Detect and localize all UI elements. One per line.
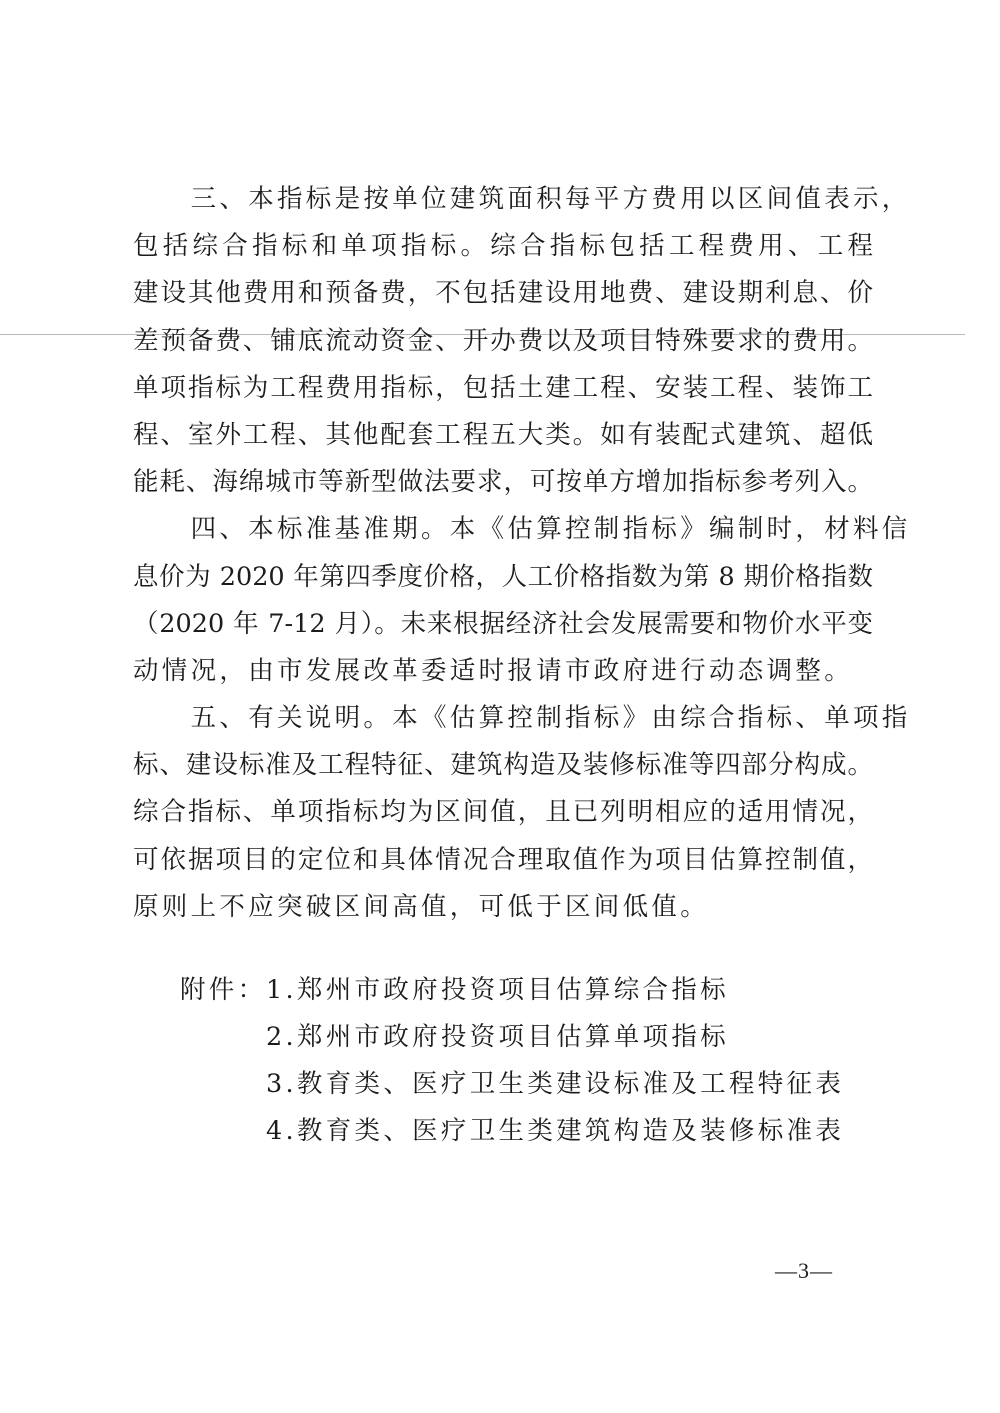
attachment-item: 附件：1.郑州市政府投资项目估算综合指标 (180, 967, 844, 1014)
text-line: 标、建设标准及工程特征、建筑构造及装修标准等四部分构成。 (133, 742, 873, 789)
paragraph-section-5: 五、有关说明。本《估算控制指标》由综合指标、单项指 标、建设标准及工程特征、建筑… (133, 695, 873, 931)
text-line: 包括综合指标和单项指标。综合指标包括工程费用、工程 (133, 223, 873, 270)
attachment-item: 4.教育类、医疗卫生类建筑构造及装修标准表 (180, 1108, 844, 1155)
document-page: 三、本指标是按单位建筑面积每平方费用以区间值表示， 包括综合指标和单项指标。综合… (0, 0, 1000, 1413)
attachment-item: 3.教育类、医疗卫生类建设标准及工程特征表 (180, 1061, 844, 1108)
attachment-title: 1.郑州市政府投资项目估算综合指标 (266, 975, 729, 1005)
attachment-title: 2.郑州市政府投资项目估算单项指标 (266, 1022, 729, 1052)
attachments-label: 附件： (180, 967, 266, 1014)
text-line: 五、有关说明。本《估算控制指标》由综合指标、单项指 (133, 695, 873, 742)
text-line: 三、本指标是按单位建筑面积每平方费用以区间值表示， (133, 176, 873, 223)
page-number: —3— (775, 1258, 833, 1284)
text-line: 动情况，由市发展改革委适时报请市政府进行动态调整。 (133, 648, 873, 695)
text-line: 综合指标、单项指标均为区间值，且已列明相应的适用情况， (133, 789, 873, 836)
text-line: 程、室外工程、其他配套工程五大类。如有装配式建筑、超低 (133, 412, 873, 459)
attachment-title: 4.教育类、医疗卫生类建筑构造及装修标准表 (266, 1116, 844, 1146)
text-line: 可依据项目的定位和具体情况合理取值作为项目估算控制值， (133, 837, 873, 884)
document-body: 三、本指标是按单位建筑面积每平方费用以区间值表示， 包括综合指标和单项指标。综合… (133, 176, 873, 931)
text-line: （2020 年 7-12 月）。未来根据经济社会发展需要和物价水平变 (133, 601, 873, 648)
attachments-list: 附件：1.郑州市政府投资项目估算综合指标 2.郑州市政府投资项目估算单项指标 3… (180, 967, 844, 1155)
attachment-title: 3.教育类、医疗卫生类建设标准及工程特征表 (266, 1069, 844, 1099)
text-line: 差预备费、铺底流动资金、开办费以及项目特殊要求的费用。 (133, 318, 873, 365)
attachment-item: 2.郑州市政府投资项目估算单项指标 (180, 1014, 844, 1061)
text-line: 息价为 2020 年第四季度价格，人工价格指数为第 8 期价格指数 (133, 554, 873, 601)
paragraph-section-4: 四、本标准基准期。本《估算控制指标》编制时，材料信 息价为 2020 年第四季度… (133, 506, 873, 695)
text-line: 能耗、海绵城市等新型做法要求，可按单方增加指标参考列入。 (133, 459, 873, 506)
paragraph-section-3: 三、本指标是按单位建筑面积每平方费用以区间值表示， 包括综合指标和单项指标。综合… (133, 176, 873, 506)
text-line: 四、本标准基准期。本《估算控制指标》编制时，材料信 (133, 506, 873, 553)
text-line: 原则上不应突破区间高值，可低于区间低值。 (133, 884, 873, 931)
text-line: 建设其他费用和预备费，不包括建设用地费、建设期利息、价 (133, 270, 873, 317)
text-line: 单项指标为工程费用指标，包括土建工程、安装工程、装饰工 (133, 365, 873, 412)
